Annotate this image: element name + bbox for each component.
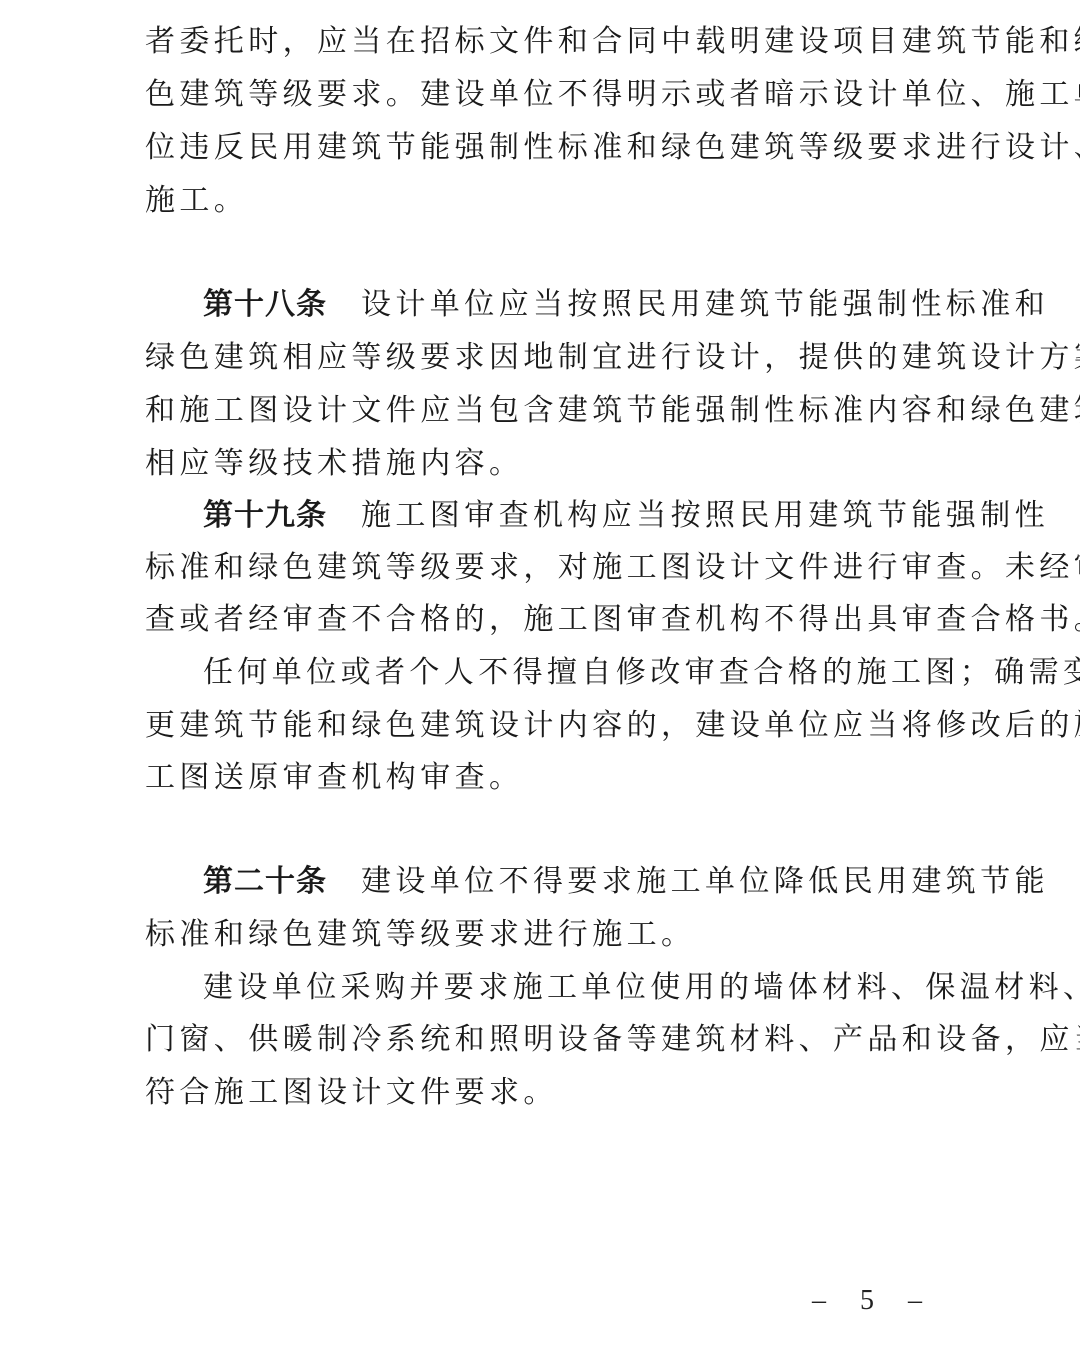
paragraph-line: 相应等级技术措施内容。	[145, 444, 950, 484]
paragraph-line: 工图送原审查机构审查。	[145, 758, 950, 798]
page-number-value: 5	[860, 1283, 874, 1319]
paragraph-line: 位违反民用建筑节能强制性标准和绿色建筑等级要求进行设计、	[145, 128, 950, 168]
paragraph-line: 标准和绿色建筑等级要求，对施工图设计文件进行审查。未经审	[145, 548, 950, 588]
paragraph-line: 绿色建筑相应等级要求因地制宜进行设计，提供的建筑设计方案	[145, 338, 950, 378]
article-text: 施工图审查机构应当按照民用建筑节能强制性	[361, 498, 1049, 533]
paragraph-line: 色建筑等级要求。建设单位不得明示或者暗示设计单位、施工单	[145, 75, 950, 115]
paragraph-line: 更建筑节能和绿色建筑设计内容的，建设单位应当将修改后的施	[145, 706, 950, 746]
article-number: 第十九条	[203, 498, 327, 533]
article-number: 第二十条	[203, 864, 327, 899]
paragraph-line: 和施工图设计文件应当包含建筑节能强制性标准内容和绿色建筑	[145, 391, 950, 431]
paragraph-line: 施工。	[145, 181, 950, 221]
article-text: 建设单位不得要求施工单位降低民用建筑节能	[361, 864, 1049, 899]
article-18-heading-line: 第十八条设计单位应当按照民用建筑节能强制性标准和	[203, 285, 950, 325]
dash-right: –	[908, 1283, 922, 1319]
dash-left: –	[812, 1283, 826, 1319]
paragraph-line: 标准和绿色建筑等级要求进行施工。	[145, 915, 950, 955]
article-number: 第十八条	[203, 287, 327, 322]
paragraph-line: 者委托时，应当在招标文件和合同中载明建设项目建筑节能和绿	[145, 22, 950, 62]
article-20-heading-line: 第二十条建设单位不得要求施工单位降低民用建筑节能	[203, 862, 950, 902]
paragraph-line: 建设单位采购并要求施工单位使用的墙体材料、保温材料、	[203, 968, 950, 1008]
page-number: – 5 –	[812, 1283, 922, 1319]
paragraph-line: 门窗、供暖制冷系统和照明设备等建筑材料、产品和设备，应当	[145, 1020, 950, 1060]
paragraph-line: 任何单位或者个人不得擅自修改审查合格的施工图；确需变	[203, 653, 950, 693]
paragraph-line: 符合施工图设计文件要求。	[145, 1073, 950, 1113]
article-text: 设计单位应当按照民用建筑节能强制性标准和	[361, 287, 1049, 322]
document-page: 者委托时，应当在招标文件和合同中载明建设项目建筑节能和绿 色建筑等级要求。建设单…	[0, 0, 1080, 1354]
paragraph-line: 查或者经审查不合格的，施工图审查机构不得出具审查合格书。	[145, 600, 950, 640]
article-19-heading-line: 第十九条施工图审查机构应当按照民用建筑节能强制性	[203, 496, 950, 536]
